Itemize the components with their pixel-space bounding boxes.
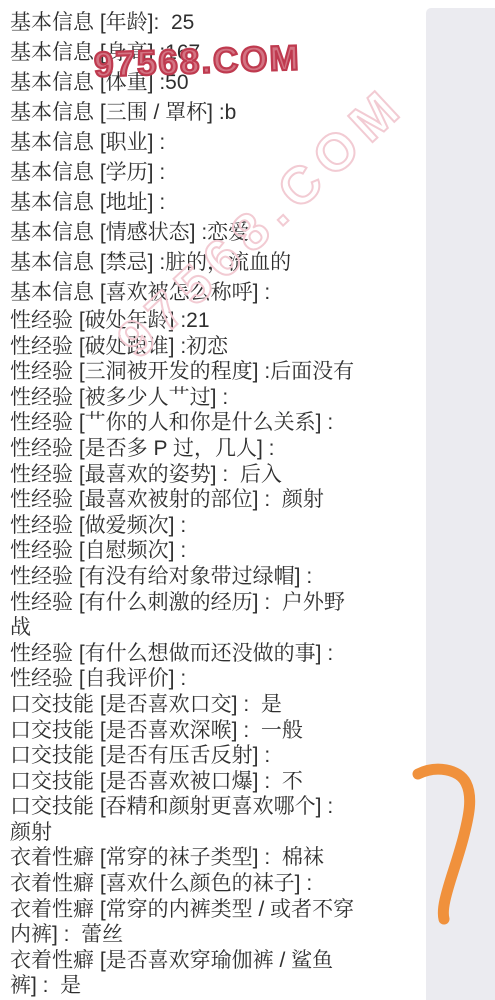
profile-line: 性经验 [被多少人艹过] :: [10, 385, 422, 411]
profile-line: 口交技能 [是否喜欢深喉] : 一般: [10, 718, 422, 744]
profile-line: 性经验 [有没有给对象带过绿帽] :: [10, 564, 422, 590]
right-gutter-panel: [426, 8, 495, 1000]
profile-line: 性经验 [自慰频次] :: [10, 538, 422, 564]
profile-line: 性经验 [艹你的人和你是什么关系] :: [10, 410, 422, 436]
profile-line: 基本信息 [禁忌] :脏的，流血的: [10, 248, 422, 278]
profile-line: 性经验 [自我评价] :: [10, 666, 422, 692]
profile-line: 基本信息 [年龄]: 25: [10, 8, 422, 38]
profile-line: 基本信息 [身高] :167: [10, 38, 422, 68]
profile-line: 性经验 [有什么刺激的经历] : 户外野 战: [10, 590, 422, 641]
profile-line: 性经验 [最喜欢被射的部位] : 颜射: [10, 487, 422, 513]
profile-line: 衣着性癖 [是否喜欢穿瑜伽裤 / 鲨鱼 裤] : 是: [10, 948, 422, 999]
profile-line: 衣着性癖 [常穿的袜子类型] : 棉袜: [10, 845, 422, 871]
profile-line: 性经验 [有什么想做而还没做的事] :: [10, 641, 422, 667]
profile-line: 性经验 [破处跟谁] :初恋: [10, 334, 422, 360]
profile-line: 衣着性癖 [常穿的内裤类型 / 或者不穿 内裤] : 蕾丝: [10, 897, 422, 948]
profile-line: 性经验 [是否多 P 过，几人] :: [10, 436, 422, 462]
profile-line: 基本信息 [三围 / 罩杯] :b: [10, 98, 422, 128]
profile-line: 性经验 [三洞被开发的程度] :后面没有: [10, 359, 422, 385]
profile-line: 基本信息 [喜欢被怎么称呼] :: [10, 278, 422, 308]
profile-line: 口交技能 [是否喜欢口交] : 是: [10, 692, 422, 718]
profile-line: 口交技能 [是否有压舌反射] :: [10, 743, 422, 769]
profile-line: 基本信息 [学历] :: [10, 158, 422, 188]
profile-line: 性经验 [最喜欢的姿势] : 后入: [10, 462, 422, 488]
profile-line: 衣着性癖 [喜欢什么颜色的袜子] :: [10, 871, 422, 897]
profile-line: 口交技能 [吞精和颜射更喜欢哪个] : 颜射: [10, 794, 422, 845]
profile-text-block: 基本信息 [年龄]: 25基本信息 [身高] :167基本信息 [体重] :50…: [10, 8, 422, 999]
profile-line: 性经验 [破处年龄] :21: [10, 308, 422, 334]
profile-line: 基本信息 [地址] :: [10, 188, 422, 218]
profile-line: 口交技能 [是否喜欢被口爆] : 不: [10, 769, 422, 795]
profile-line: 基本信息 [体重] :50: [10, 68, 422, 98]
profile-line: 性经验 [做爱频次] :: [10, 513, 422, 539]
profile-line: 基本信息 [情感状态] :恋爱: [10, 218, 422, 248]
chat-screenshot-page: 基本信息 [年龄]: 25基本信息 [身高] :167基本信息 [体重] :50…: [0, 0, 495, 1000]
profile-line: 基本信息 [职业] :: [10, 128, 422, 158]
